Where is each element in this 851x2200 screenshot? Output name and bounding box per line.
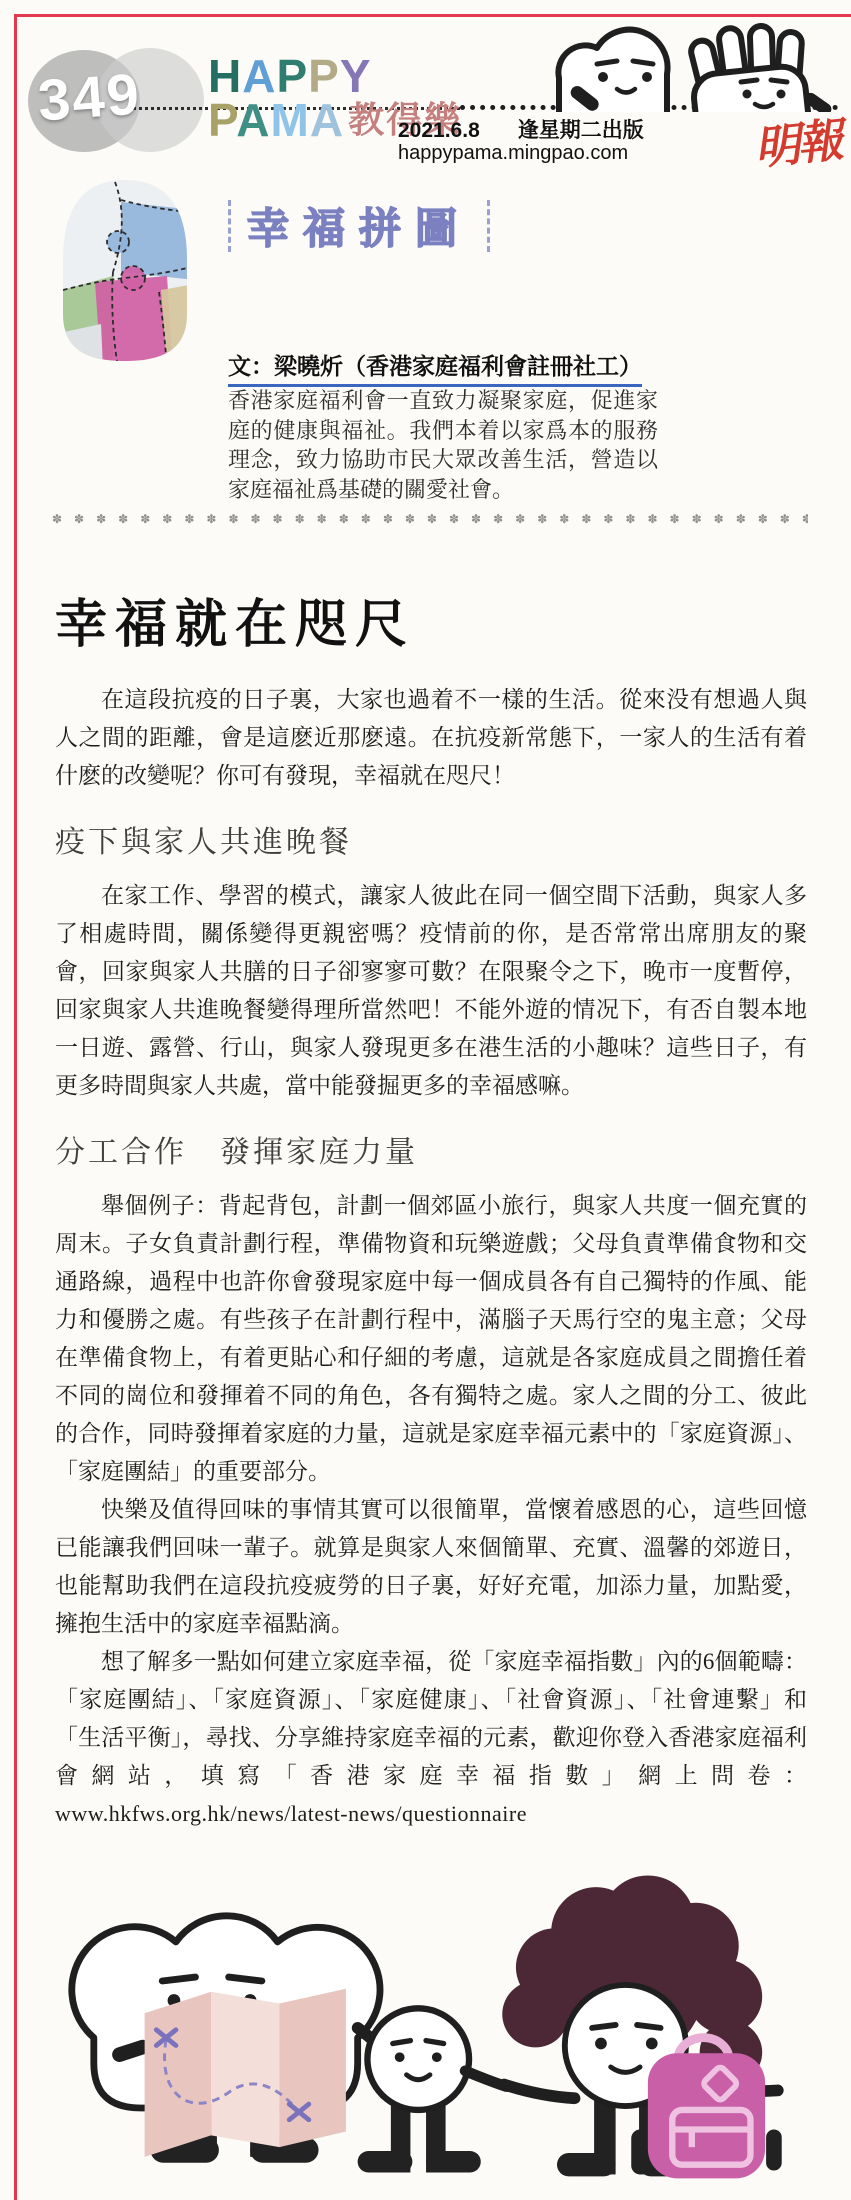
paragraph: 在家工作、學習的模式，讓家人彼此在同一個空間下活動，與家人多了相處時間，關係變得… <box>55 877 807 1105</box>
publish-schedule: 逢星期二出版 <box>518 119 644 142</box>
decorative-separator: ✽ ✽ ✽ ✽ ✽ ✽ ✽ ✽ ✽ ✽ ✽ ✽ ✽ ✽ ✽ ✽ ✽ ✽ ✽ ✽ … <box>52 512 808 527</box>
publication-date: 2021.6.8逢星期二出版 <box>398 114 644 144</box>
brand-line2: PAMA <box>208 94 344 146</box>
paragraph: 想了解多一點如何建立家庭幸福，從「家庭幸福指數」內的6個範疇：「家庭團結」、「家… <box>55 1643 807 1833</box>
trail-map-icon <box>145 1989 346 2157</box>
mingpao-newspaper-logo: 明報 <box>751 104 843 179</box>
paragraph: 快樂及值得回味的事情其實可以很簡單，當懷着感恩的心，這些回憶已能讓我們回味一輩子… <box>55 1491 807 1643</box>
section-heading-2: 分工合作 發揮家庭力量 <box>55 1127 807 1171</box>
website-url[interactable]: happypama.mingpao.com <box>398 142 628 165</box>
article: 幸福就在咫尺 在這段抗疫的日子裏，大家也過着不一樣的生活。從來没有想過人與人之間… <box>55 582 807 1833</box>
questionnaire-url[interactable]: www.hkfws.org.hk/news/latest-news/questi… <box>55 1801 527 1826</box>
paragraph: 舉個例子：背起背包，計劃一個郊區小旅行，與家人共度一個充實的周末。子女負責計劃行… <box>55 1187 807 1491</box>
paragraph: 在這段抗疫的日子裏，大家也過着不一樣的生活。從來没有想過人與人之間的距離，會是這… <box>55 681 807 795</box>
column-title-block: 幸福拼圖 <box>228 196 490 256</box>
paragraph-text: 想了解多一點如何建立家庭幸福，從「家庭幸福指數」內的6個範疇：「家庭團結」、「家… <box>55 1649 807 1788</box>
byline: 文：梁曉炘（香港家庭福利會註冊社工） <box>228 348 642 387</box>
curly-hair-character-with-backpack-icon <box>502 1875 781 2178</box>
article-title: 幸福就在咫尺 <box>55 582 807 657</box>
date-value: 2021.6.8 <box>398 119 480 142</box>
feature-intro: 香港家庭福利會一直致力凝聚家庭，促進家庭的健康與福祉。我們本着以家爲本的服務理念… <box>228 386 658 504</box>
page-border-top <box>14 14 851 17</box>
brand-line1: HAPPY <box>208 54 462 98</box>
page-border-left <box>14 14 17 2200</box>
stitch-bar-left <box>228 200 231 252</box>
family-hiking-illustration <box>38 1852 818 2194</box>
header-mascots <box>545 22 835 112</box>
small-round-character-icon <box>358 2008 507 2172</box>
stitch-bar-right <box>487 200 490 252</box>
hand-glove-character-icon <box>689 26 834 112</box>
cloud-character-with-map-icon <box>72 1916 391 2163</box>
newspaper-page: 349 HAPPY PAMA教得樂 2021.6.8逢星 <box>0 0 851 2200</box>
cloud-character-icon <box>558 30 667 112</box>
section-heading-1: 疫下與家人共進晚餐 <box>55 817 807 861</box>
issue-number: 349 <box>36 60 143 134</box>
jigsaw-puzzle-image <box>55 172 195 368</box>
column-title: 幸福拼圖 <box>247 196 471 256</box>
